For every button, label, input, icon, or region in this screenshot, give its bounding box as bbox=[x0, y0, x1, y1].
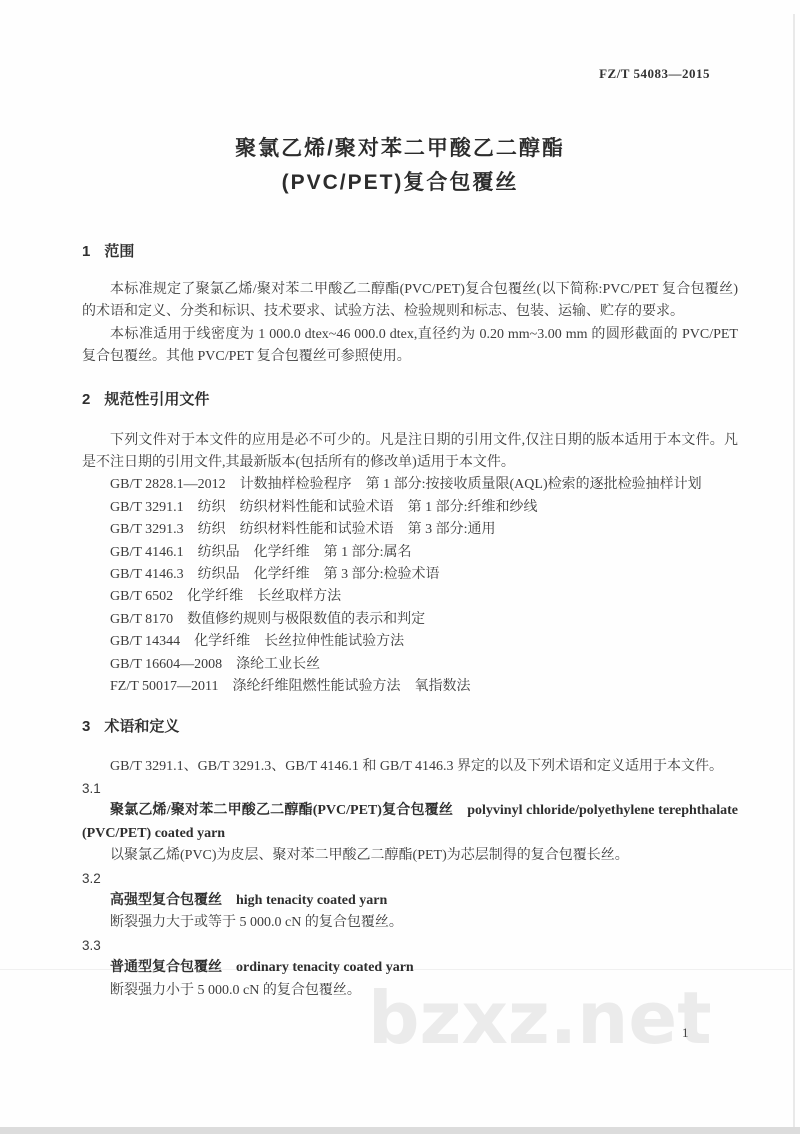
section-terms-body: GB/T 3291.1、GB/T 3291.3、GB/T 4146.1 和 GB… bbox=[82, 756, 738, 1002]
term-entry: 3.3 普通型复合包覆丝 ordinary tenacity coated ya… bbox=[82, 935, 738, 1002]
terms-intro: GB/T 3291.1、GB/T 3291.3、GB/T 4146.1 和 GB… bbox=[82, 756, 738, 778]
page-number: 1 bbox=[682, 1025, 689, 1041]
term-definition: 以聚氯乙烯(PVC)为皮层、聚对苯二甲酸乙二醇酯(PET)为芯层制得的复合包覆长… bbox=[82, 845, 738, 867]
section-references-title: 规范性引用文件 bbox=[104, 390, 209, 410]
reference-item: FZ/T 50017—2011 涤纶纤维阻燃性能试验方法 氧指数法 bbox=[82, 676, 738, 698]
document-title-line1: 聚氯乙烯/聚对苯二甲酸乙二醇酯 bbox=[62, 132, 738, 166]
references-intro: 下列文件对于本文件的应用是必不可少的。凡是注日期的引用文件,仅注日期的版本适用于… bbox=[82, 430, 738, 475]
section-scope-title: 范围 bbox=[104, 242, 134, 262]
term-title: 普通型复合包覆丝 ordinary tenacity coated yarn bbox=[82, 957, 738, 979]
term-entry: 3.1 聚氯乙烯/聚对苯二甲酸乙二醇酯(PVC/PET)复合包覆丝 polyvi… bbox=[82, 778, 738, 868]
reference-item: GB/T 14344 化学纤维 长丝拉伸性能试验方法 bbox=[82, 631, 738, 653]
section-terms-heading: 3 术语和定义 bbox=[82, 717, 738, 737]
reference-item: GB/T 3291.3 纺织 纺织材料性能和试验术语 第 3 部分:通用 bbox=[82, 519, 738, 541]
document-title: 聚氯乙烯/聚对苯二甲酸乙二醇酯 (PVC/PET)复合包覆丝 bbox=[62, 132, 738, 200]
reference-item: GB/T 6502 化学纤维 长丝取样方法 bbox=[82, 586, 738, 608]
term-title: 聚氯乙烯/聚对苯二甲酸乙二醇酯(PVC/PET)复合包覆丝 polyvinyl … bbox=[82, 800, 738, 845]
reference-item: GB/T 16604—2008 涤纶工业长丝 bbox=[82, 654, 738, 676]
term-entry: 3.2 高强型复合包覆丝 high tenacity coated yarn 断… bbox=[82, 868, 738, 935]
document-content: FZ/T 54083—2015 聚氯乙烯/聚对苯二甲酸乙二醇酯 (PVC/PET… bbox=[0, 0, 800, 1002]
standard-code: FZ/T 54083—2015 bbox=[82, 66, 710, 82]
document-title-line2: (PVC/PET)复合包覆丝 bbox=[62, 166, 738, 200]
reference-item: GB/T 8170 数值修约规则与极限数值的表示和判定 bbox=[82, 609, 738, 631]
section-scope-number: 1 bbox=[82, 242, 90, 262]
scope-paragraph: 本标准规定了聚氯乙烯/聚对苯二甲酸乙二醇酯(PVC/PET)复合包覆丝(以下简称… bbox=[82, 279, 738, 324]
term-number: 3.2 bbox=[82, 868, 738, 890]
term-title: 高强型复合包覆丝 high tenacity coated yarn bbox=[82, 890, 738, 912]
reference-item: GB/T 4146.3 纺织品 化学纤维 第 3 部分:检验术语 bbox=[82, 564, 738, 586]
reference-item: GB/T 3291.1 纺织 纺织材料性能和试验术语 第 1 部分:纤维和纱线 bbox=[82, 497, 738, 519]
section-scope-body: 本标准规定了聚氯乙烯/聚对苯二甲酸乙二醇酯(PVC/PET)复合包覆丝(以下简称… bbox=[82, 279, 738, 369]
section-references-heading: 2 规范性引用文件 bbox=[82, 390, 738, 410]
term-number: 3.1 bbox=[82, 778, 738, 800]
reference-item: GB/T 4146.1 纺织品 化学纤维 第 1 部分:属名 bbox=[82, 542, 738, 564]
section-references-number: 2 bbox=[82, 390, 90, 410]
term-definition: 断裂强力大于或等于 5 000.0 cN 的复合包覆丝。 bbox=[82, 912, 738, 934]
section-terms-number: 3 bbox=[82, 717, 90, 737]
section-scope-heading: 1 范围 bbox=[82, 242, 738, 262]
scope-paragraph: 本标准适用于线密度为 1 000.0 dtex~46 000.0 dtex,直径… bbox=[82, 324, 738, 369]
reference-item: GB/T 2828.1—2012 计数抽样检验程序 第 1 部分:按接收质量限(… bbox=[82, 474, 738, 496]
term-number: 3.3 bbox=[82, 935, 738, 957]
page-bottom-edge bbox=[0, 1127, 800, 1134]
term-definition: 断裂强力小于 5 000.0 cN 的复合包覆丝。 bbox=[82, 980, 738, 1002]
section-terms-title: 术语和定义 bbox=[104, 717, 179, 737]
document-page: bzxz.net 1 FZ/T 54083—2015 聚氯乙烯/聚对苯二甲酸乙二… bbox=[0, 0, 800, 1134]
section-references-body: 下列文件对于本文件的应用是必不可少的。凡是注日期的引用文件,仅注日期的版本适用于… bbox=[82, 430, 738, 699]
